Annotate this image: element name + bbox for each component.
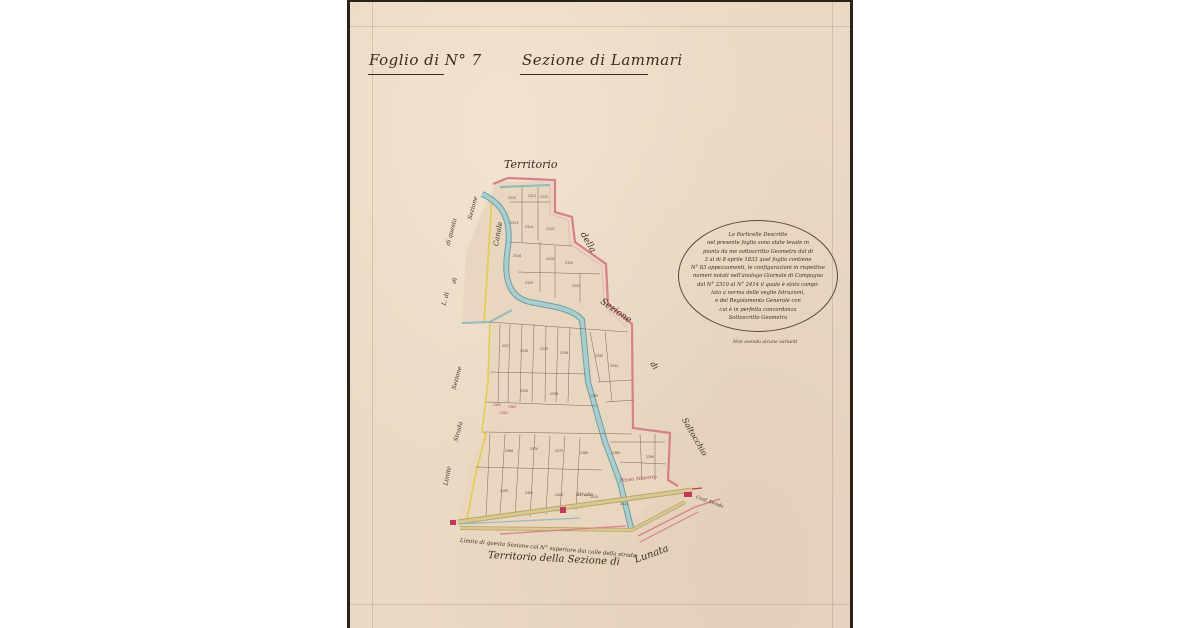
svg-text:2385: 2385 xyxy=(612,451,620,455)
svg-text:2318: 2318 xyxy=(546,257,554,261)
building-center xyxy=(560,507,566,513)
svg-text:2336: 2336 xyxy=(560,351,568,355)
cartouche-line: pianta da me sottoscritto Geometra dal d… xyxy=(691,248,825,256)
cartouche-line: dal N° 2310 al N° 2414 il quale è stato … xyxy=(691,281,825,289)
svg-text:2405: 2405 xyxy=(555,493,563,497)
cartouche-line: e del Regolamento Generale con xyxy=(691,297,825,305)
svg-text:2366: 2366 xyxy=(505,449,513,453)
map-sheet: Foglio di N° 7 Sezione di Lammari xyxy=(347,0,853,628)
cartouche-line: Sottoscritto Geometra xyxy=(691,314,825,322)
svg-text:2333: 2333 xyxy=(540,347,548,351)
label-road: Strada xyxy=(576,492,593,498)
cartouche-line: cui è in perfetta concordanza xyxy=(691,306,825,314)
building-west xyxy=(450,520,456,525)
svg-text:2314: 2314 xyxy=(525,225,533,229)
svg-text:2380: 2380 xyxy=(493,403,501,407)
cartouche-line: lato a norma delle veglie Istruzioni, xyxy=(691,289,825,297)
svg-text:2320: 2320 xyxy=(565,261,573,265)
svg-text:2395: 2395 xyxy=(500,489,508,493)
svg-text:2311: 2311 xyxy=(528,194,536,198)
cartouche-line: N° 83 appezzamenti, le configurazioni in… xyxy=(691,264,825,272)
surveyor-cartouche: Le Particelle Descritte nel presente fog… xyxy=(678,220,838,332)
svg-text:2360: 2360 xyxy=(590,394,598,398)
svg-text:2312: 2312 xyxy=(540,195,548,199)
svg-text:2313: 2313 xyxy=(510,221,518,225)
svg-text:2340: 2340 xyxy=(595,354,603,358)
svg-text:2382: 2382 xyxy=(500,411,508,415)
svg-text:2370: 2370 xyxy=(530,447,538,451)
svg-text:2390: 2390 xyxy=(646,455,654,459)
svg-text:2310: 2310 xyxy=(508,196,516,200)
svg-text:2316: 2316 xyxy=(513,254,521,258)
cartouche-line: Le Particelle Descritte xyxy=(691,231,825,239)
building-east xyxy=(684,492,692,497)
svg-text:2315: 2315 xyxy=(546,227,554,231)
cartouche-line: 3 al di 8 aprile 1833 quel foglio contie… xyxy=(691,256,825,264)
cartouche-line: nel presente foglio sono state levate in xyxy=(691,239,825,247)
svg-text:2400: 2400 xyxy=(525,491,533,495)
svg-text:2344: 2344 xyxy=(610,364,618,368)
svg-text:2327: 2327 xyxy=(502,344,510,348)
svg-text:2380: 2380 xyxy=(580,451,588,455)
svg-text:2383: 2383 xyxy=(508,405,516,409)
svg-text:2375: 2375 xyxy=(555,449,563,453)
svg-text:2355: 2355 xyxy=(550,392,558,396)
svg-text:2414: 2414 xyxy=(620,502,628,506)
svg-text:2350: 2350 xyxy=(520,389,528,393)
svg-text:2325: 2325 xyxy=(525,281,533,285)
svg-text:2330: 2330 xyxy=(520,349,528,353)
cartouche-line: numeri notati nell'analogo Giornale di C… xyxy=(691,272,825,280)
svg-text:2322: 2322 xyxy=(572,284,580,288)
label-territorio-north: Territorio xyxy=(504,158,557,171)
cartouche-footnote: Non avendo alcune varianti xyxy=(733,340,797,345)
